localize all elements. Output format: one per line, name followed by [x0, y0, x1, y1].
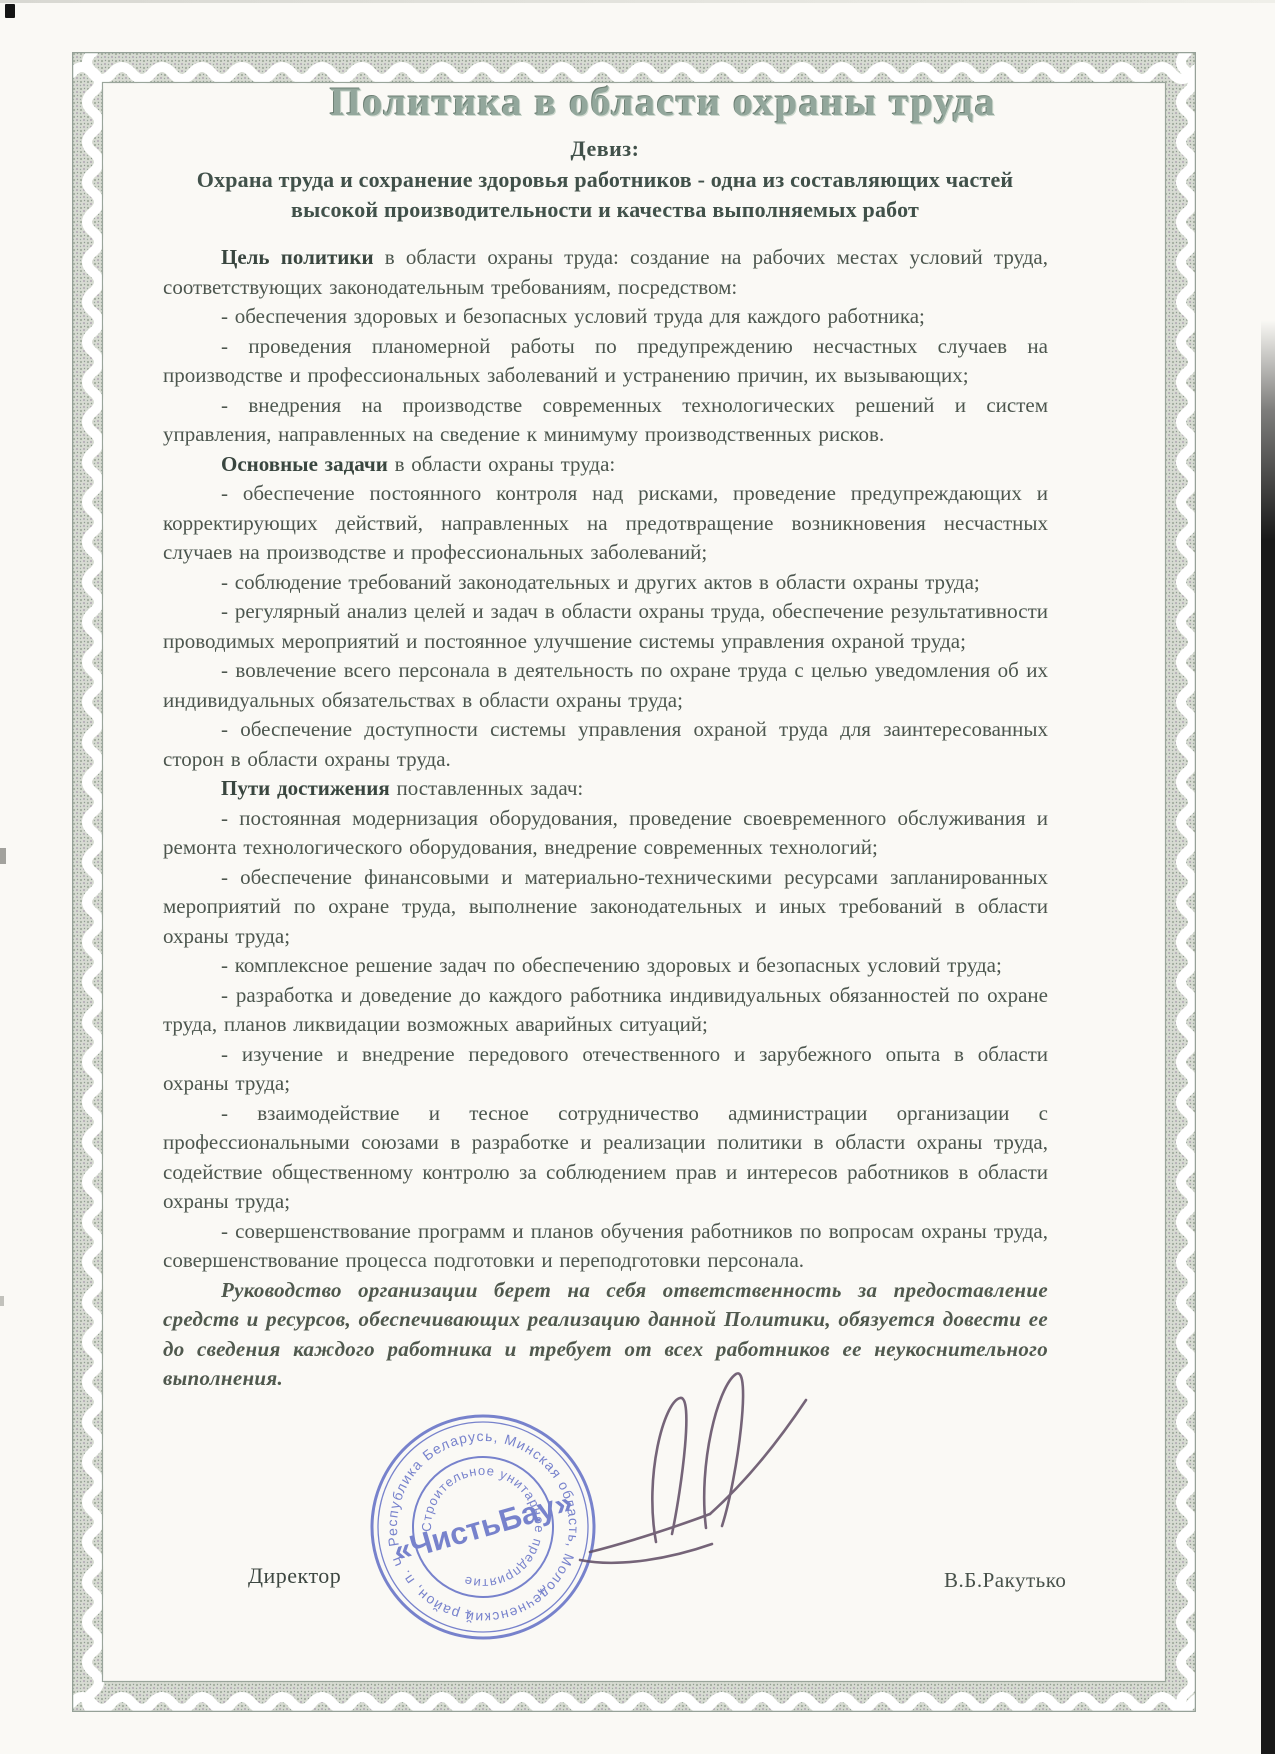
tasks-item: - обеспечение постоянного контроля над р… — [163, 479, 1048, 568]
ways-item: - совершенствование программ и планов об… — [163, 1217, 1048, 1276]
tasks-lead-rest: в области охраны труда: — [388, 452, 615, 476]
ways-item: - обеспечение финансовыми и материально-… — [163, 863, 1048, 952]
tasks-item: - регулярный анализ целей и задач в обла… — [163, 597, 1048, 656]
scan-right-shadow-artifact — [1261, 320, 1275, 1754]
ways-lead: Пути достижения — [221, 776, 390, 800]
ways-lead-rest: поставленных задач: — [390, 776, 584, 800]
director-signature — [560, 1356, 820, 1576]
tasks-item: - обеспечение доступности системы управл… — [163, 715, 1048, 774]
ways-item: - разработка и доведение до каждого рабо… — [163, 981, 1048, 1040]
tasks-item: - вовлечение всего персонала в деятельно… — [163, 656, 1048, 715]
motto-text: Охрана труда и сохранение здоровья работ… — [155, 165, 1055, 225]
signer-name: В.Б.Ракутько — [944, 1568, 1066, 1593]
motto-block: Девиз: Охрана труда и сохранение здоровь… — [155, 134, 1055, 225]
scan-corner-mark-artifact — [5, 4, 15, 18]
goal-lead: Цель политики — [221, 245, 374, 269]
scanned-policy-document: Политика в области охраны труда Девиз: О… — [0, 0, 1275, 1754]
policy-body: Цель политики в области охраны труда: со… — [163, 243, 1048, 1394]
ways-item: - комплексное решение задач по обеспечен… — [163, 951, 1048, 981]
motto-label: Девиз: — [155, 134, 1055, 164]
ways-item: - взаимодействие и тесное сотрудничество… — [163, 1099, 1048, 1217]
goal-item: - внедрения на производстве современных … — [163, 391, 1048, 450]
director-label: Директор — [248, 1563, 341, 1589]
ways-item: - изучение и внедрение передового отечес… — [163, 1040, 1048, 1099]
stamp-center-label: «ЧистьБау» — [389, 1484, 576, 1568]
tasks-item: - соблюдение требований законодательных … — [163, 568, 1048, 598]
tasks-lead-paragraph: Основные задачи в области охраны труда: — [163, 450, 1048, 480]
scan-top-edge-artifact — [0, 0, 1275, 3]
scan-left-mark-artifact — [0, 848, 6, 864]
goal-lead-paragraph: Цель политики в области охраны труда: со… — [163, 243, 1048, 302]
scan-left-mark2-artifact — [0, 1296, 4, 1306]
tasks-lead: Основные задачи — [221, 452, 388, 476]
page-title: Политика в области охраны труда — [72, 78, 1196, 125]
goal-item: - проведения планомерной работы по преду… — [163, 332, 1048, 391]
ways-item: - постоянная модернизация оборудования, … — [163, 804, 1048, 863]
ways-lead-paragraph: Пути достижения поставленных задач: — [163, 774, 1048, 804]
goal-item: - обеспечения здоровых и безопасных усло… — [163, 302, 1048, 332]
